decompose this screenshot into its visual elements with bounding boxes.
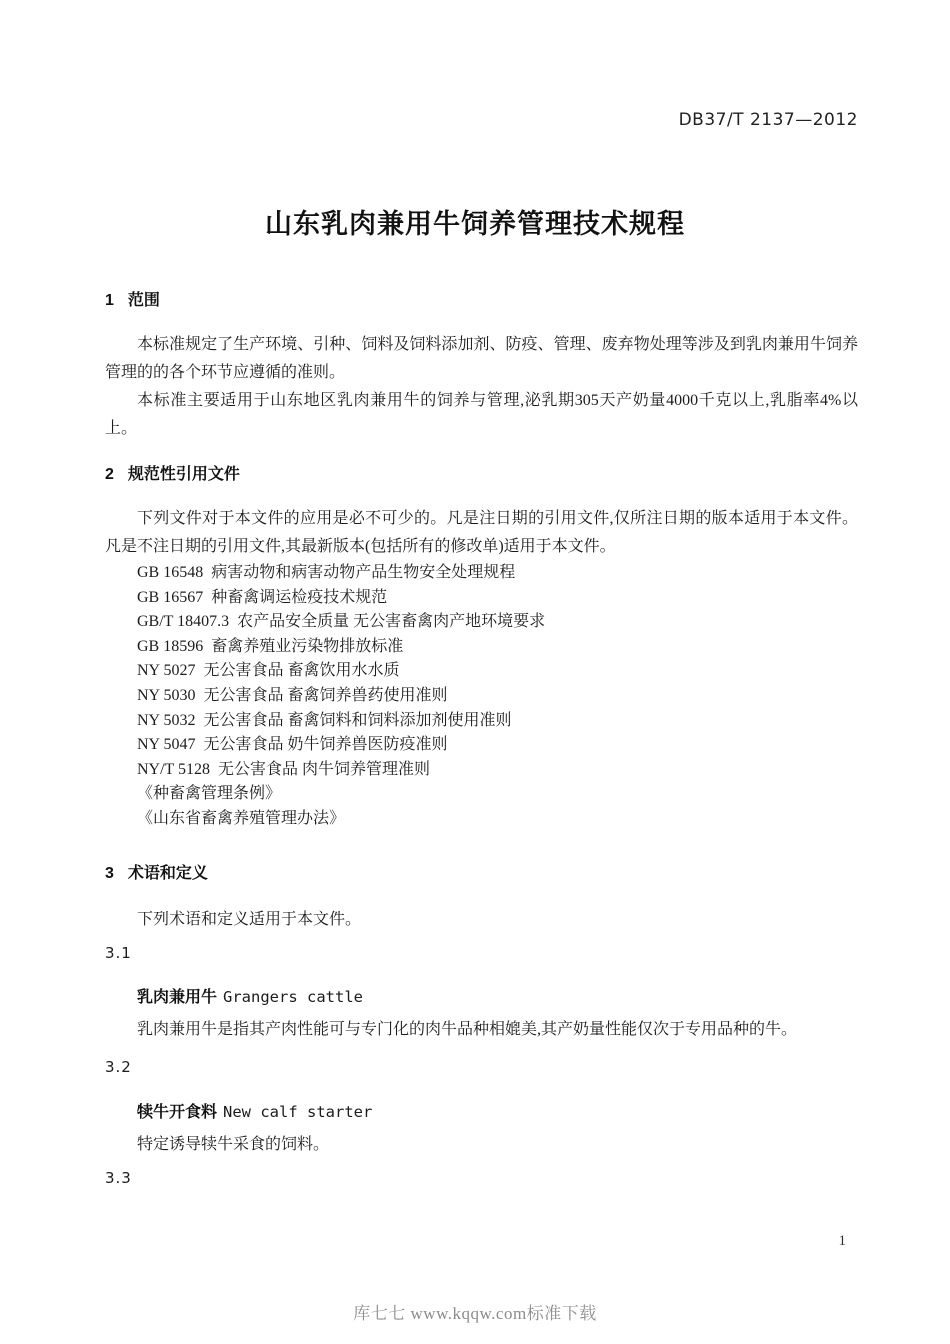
section-1-title: 范围 [128, 292, 160, 309]
reference-item: NY 5030 无公害食品 畜禽饲养兽药使用准则 [105, 684, 858, 709]
reference-item: GB 16548 病害动物和病害动物产品生物安全处理规程 [105, 561, 858, 586]
footer-watermark: 库七七 www.kqqw.com标准下载 [0, 1299, 950, 1324]
reference-item: NY/T 5128 无公害食品 肉牛饲养管理准则 [105, 758, 858, 783]
section-1-paragraph-2: 本标准主要适用于山东地区乳肉兼用牛的饲养与管理,泌乳期305天产奶量4000千克… [105, 387, 858, 443]
section-1-paragraph-1: 本标准规定了生产环境、引种、饲料及饲料添加剂、防疫、管理、废弃物处理等涉及到乳肉… [105, 331, 858, 387]
section-3-number: 3 [105, 865, 114, 882]
section-2-number: 2 [105, 466, 114, 483]
clause-3-2-number: 3.2 [105, 1058, 132, 1076]
section-3-title: 术语和定义 [128, 865, 208, 882]
term-3-2: 犊牛开食料New calf starter [137, 1099, 858, 1122]
document-title: 山东乳肉兼用牛饲养管理技术规程 [0, 202, 950, 241]
reference-item: GB/T 18407.3 农产品安全质量 无公害畜禽肉产地环境要求 [105, 610, 858, 635]
reference-item: GB 18596 畜禽养殖业污染物排放标准 [105, 635, 858, 660]
page-number: 1 [839, 1233, 847, 1250]
term-3-2-chinese: 犊牛开食料 [137, 1104, 217, 1121]
clause-3-1-number: 3.1 [105, 944, 132, 962]
term-3-2-english: New calf starter [223, 1103, 372, 1121]
section-2-heading: 2规范性引用文件 [105, 461, 858, 484]
term-3-1-definition: 乳肉兼用牛是指其产肉性能可与专门化的肉牛品种相媲美,其产奶量性能仅次于专用品种的… [137, 1017, 858, 1043]
section-2-title: 规范性引用文件 [128, 466, 240, 483]
term-3-2-definition: 特定诱导犊牛采食的饲料。 [137, 1132, 858, 1158]
reference-item: NY 5047 无公害食品 奶牛饲养兽医防疫准则 [105, 733, 858, 758]
section-3-heading: 3术语和定义 [105, 860, 858, 883]
section-2-intro: 下列文件对于本文件的应用是必不可少的。凡是注日期的引用文件,仅所注日期的版本适用… [105, 505, 858, 561]
reference-item: NY 5027 无公害食品 畜禽饮用水水质 [105, 659, 858, 684]
term-3-1-english: Grangers cattle [223, 988, 363, 1006]
clause-3-3-number: 3.3 [105, 1169, 132, 1187]
document-page: DB37/T 2137—2012 山东乳肉兼用牛饲养管理技术规程 1范围 本标准… [0, 0, 950, 1344]
section-1-number: 1 [105, 292, 114, 309]
reference-item: GB 16567 种畜禽调运检疫技术规范 [105, 586, 858, 611]
section-1-heading: 1范围 [105, 287, 858, 310]
reference-item: 《山东省畜禽养殖管理办法》 [105, 807, 858, 832]
reference-list: GB 16548 病害动物和病害动物产品生物安全处理规程 GB 16567 种畜… [105, 561, 858, 832]
reference-item: NY 5032 无公害食品 畜禽饲料和饲料添加剂使用准则 [105, 709, 858, 734]
section-3-intro: 下列术语和定义适用于本文件。 [105, 906, 858, 934]
reference-item: 《种畜禽管理条例》 [105, 782, 858, 807]
term-3-1: 乳肉兼用牛Grangers cattle [137, 984, 858, 1007]
term-3-1-chinese: 乳肉兼用牛 [137, 989, 217, 1006]
standard-code-header: DB37/T 2137—2012 [679, 110, 858, 130]
